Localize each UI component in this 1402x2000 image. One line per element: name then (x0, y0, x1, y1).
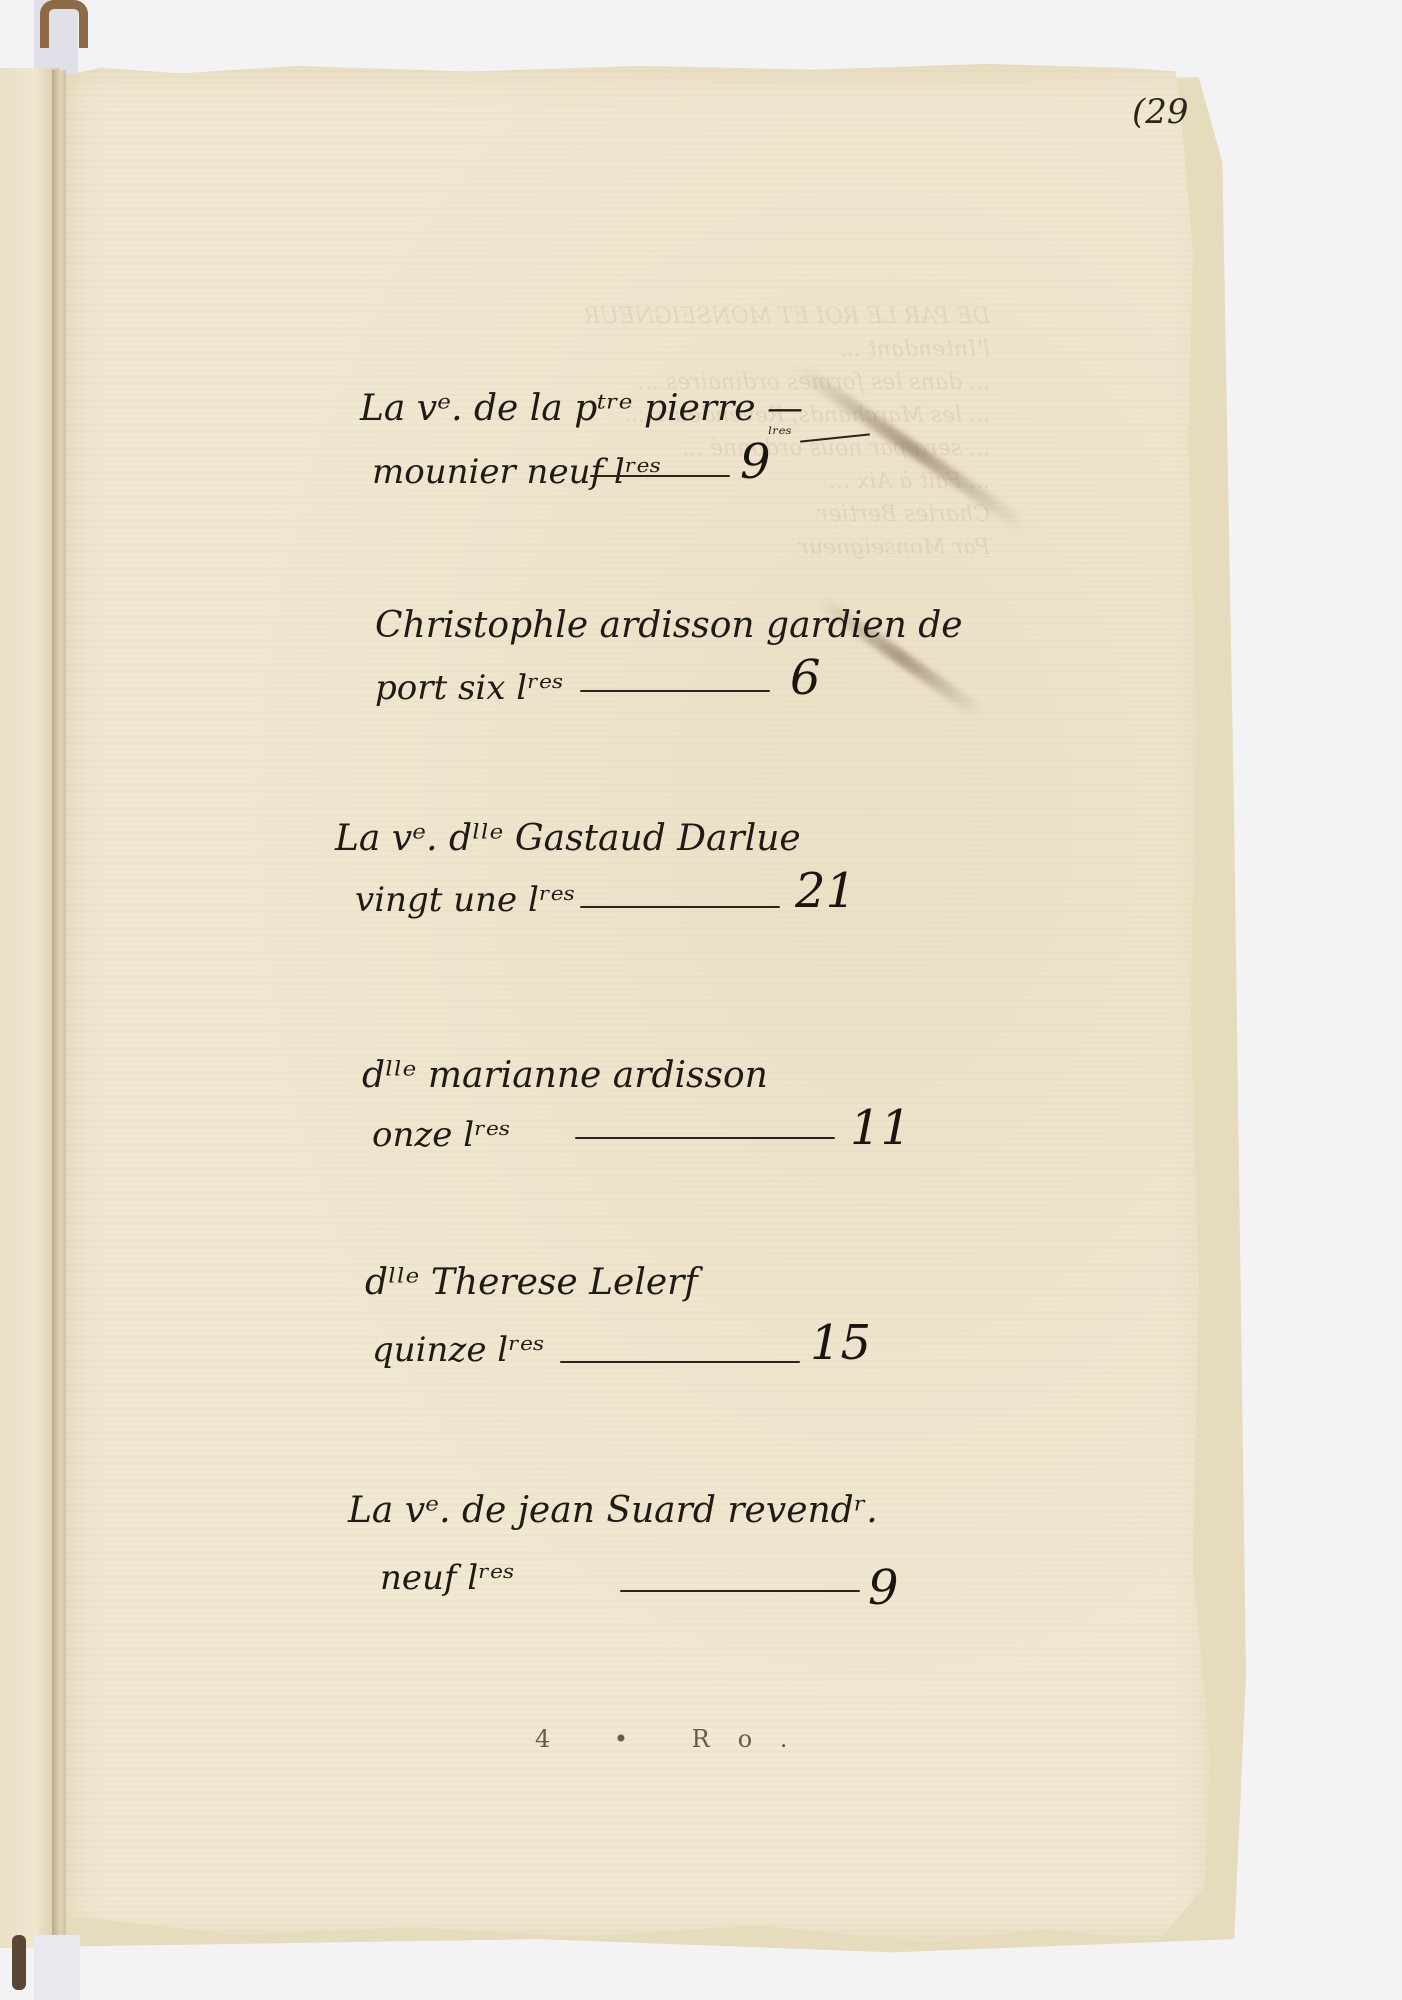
entry-name-line: dˡˡᵉ Therese Lelerf (365, 1262, 698, 1303)
entry-amount-words: port six lʳᵉˢ (375, 668, 564, 708)
entry-rule (575, 1137, 835, 1139)
entry-name-line: dˡˡᵉ marianne ardisson (362, 1055, 768, 1096)
entry-amount-words: onze lʳᵉˢ (372, 1115, 511, 1155)
entry-unit: ˡʳᵉˢ (768, 424, 792, 445)
entry-name-line: La vᵉ. de la pᵗʳᵉ pierre — (360, 388, 803, 429)
entry-rule (580, 906, 780, 908)
binding-tie (40, 0, 88, 48)
entry-rule (590, 475, 730, 477)
facing-page-edge (0, 68, 59, 1948)
entry-amount: 9 (868, 1560, 899, 1616)
entry-amount: 6 (790, 650, 821, 706)
entry-amount: 15 (810, 1315, 871, 1371)
entry-name-line: La vᵉ. dˡˡᵉ Gastaud Darlue (335, 818, 801, 859)
entry-rule (560, 1361, 800, 1363)
entry-rule (620, 1590, 860, 1592)
entry-name-line: La vᵉ. de jean Suard revendʳ. (348, 1490, 878, 1531)
binding-tie-bottom (12, 1935, 26, 1990)
entry-name-line: Christophle ardisson gardien de (375, 605, 963, 646)
book-gutter (52, 70, 66, 1950)
bleed-through-text: DE PAR LE ROI ET MONSEIGNEUR l'Intendant… (170, 300, 990, 1580)
bottom-pencil-marks: 4 • Ro. (535, 1725, 815, 1753)
folio-number: (29 (1132, 92, 1189, 132)
entry-amount: 21 (795, 863, 856, 919)
entry-amount: 9 (740, 434, 771, 490)
entry-amount: 11 (850, 1100, 911, 1156)
entry-rule (580, 690, 770, 692)
entry-amount-words: quinze lʳᵉˢ (372, 1330, 545, 1370)
entry-amount-words: vingt une lʳᵉˢ (355, 880, 575, 920)
entry-amount-words: neuf lʳᵉˢ (380, 1558, 515, 1598)
binding-strip-bottom (34, 1935, 80, 2000)
entry-amount-words: mounier neuf lʳᵉˢ (372, 452, 661, 492)
